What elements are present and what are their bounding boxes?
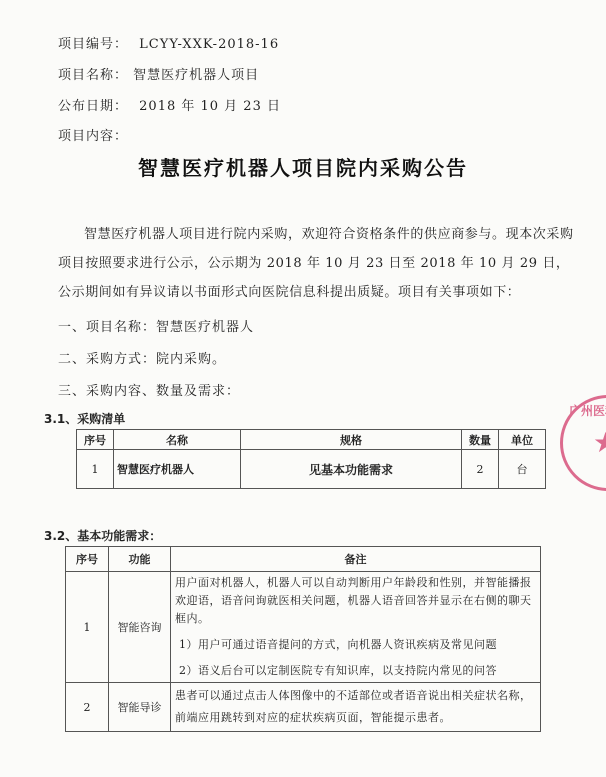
function-requirements-table: 序号 功能 备注 1 智能咨询 用户面对机器人，机器人可以自动判断用户年龄段和性…: [65, 546, 541, 732]
note-text: 2）语义后台可以定制医院专有知识库，以支持院内常见的问答: [175, 662, 536, 680]
cell-notes: 患者可以通过点击人体图像中的不适部位或者语音说出相关症状名称，前端应用跳转到对应…: [171, 683, 541, 732]
cell-function: 智能导诊: [109, 683, 171, 732]
project-name-line: 项目名称： 智慧医疗机器人项目: [58, 64, 259, 83]
publish-date: 2018 年 10 月 23 日: [139, 99, 281, 114]
col-header-unit: 单位: [499, 430, 546, 450]
table-row: 1 智慧医疗机器人 见基本功能需求 2 台: [77, 450, 546, 489]
item-project-name: 一、项目名称：智慧医疗机器人: [58, 316, 254, 335]
table-header-row: 序号 名称 规格 数量 单位: [77, 430, 546, 450]
col-header-no: 序号: [77, 430, 114, 450]
project-name: 智慧医疗机器人项目: [133, 68, 259, 83]
project-number-label: 项目编号：: [58, 37, 128, 52]
section-31-title: 3.1、采购清单: [44, 410, 125, 427]
cell-qty: 2: [462, 450, 499, 489]
star-icon: ★: [593, 426, 606, 459]
content-label: 项目内容：: [58, 125, 128, 144]
table-row: 1 智能咨询 用户面对机器人，机器人可以自动判断用户年龄段和性别，并智能播报欢迎…: [66, 572, 541, 683]
section-32-title: 3.2、基本功能需求：: [44, 527, 161, 544]
table-header-row: 序号 功能 备注: [66, 547, 541, 572]
table-row: 2 智能导诊 患者可以通过点击人体图像中的不适部位或者语音说出相关症状名称，前端…: [66, 683, 541, 732]
official-seal: 广州医科大学 ★: [560, 395, 606, 491]
project-name-label: 项目名称：: [58, 68, 128, 83]
col-header-function: 功能: [109, 547, 171, 572]
cell-name: 智慧医疗机器人: [114, 450, 241, 489]
cell-notes: 用户面对机器人，机器人可以自动判断用户年龄段和性别，并智能播报欢迎语，语音问询就…: [171, 572, 541, 683]
seal-text: 广州医科大学: [569, 402, 606, 419]
cell-no: 1: [77, 450, 114, 489]
procurement-list-table: 序号 名称 规格 数量 单位 1 智慧医疗机器人 见基本功能需求 2 台: [76, 429, 546, 489]
cell-unit: 台: [499, 450, 546, 489]
item-procurement-method: 二、采购方式：院内采购。: [58, 348, 226, 367]
publish-date-label: 公布日期：: [58, 99, 128, 114]
project-number-line: 项目编号： LCYY-XXK-2018-16: [58, 33, 279, 52]
cell-no: 2: [66, 683, 109, 732]
col-header-no: 序号: [66, 547, 109, 572]
publish-date-line: 公布日期： 2018 年 10 月 23 日: [58, 95, 281, 114]
page-title: 智慧医疗机器人项目院内采购公告: [0, 152, 606, 181]
cell-spec: 见基本功能需求: [241, 450, 462, 489]
project-number: LCYY-XXK-2018-16: [139, 37, 279, 52]
col-header-spec: 规格: [241, 430, 462, 450]
note-text: 1）用户可通过语音提问的方式，向机器人资讯疾病及常见问题: [175, 636, 536, 654]
cell-no: 1: [66, 572, 109, 683]
col-header-qty: 数量: [462, 430, 499, 450]
cell-function: 智能咨询: [109, 572, 171, 683]
col-header-notes: 备注: [171, 547, 541, 572]
item-procurement-content: 三、采购内容、数量及需求：: [58, 380, 240, 399]
col-header-name: 名称: [114, 430, 241, 450]
intro-paragraph: 智慧医疗机器人项目进行院内采购，欢迎符合资格条件的供应商参与。现本次采购项目按照…: [58, 220, 578, 307]
note-text: 用户面对机器人，机器人可以自动判断用户年龄段和性别，并智能播报欢迎语，语音问询就…: [175, 574, 536, 628]
